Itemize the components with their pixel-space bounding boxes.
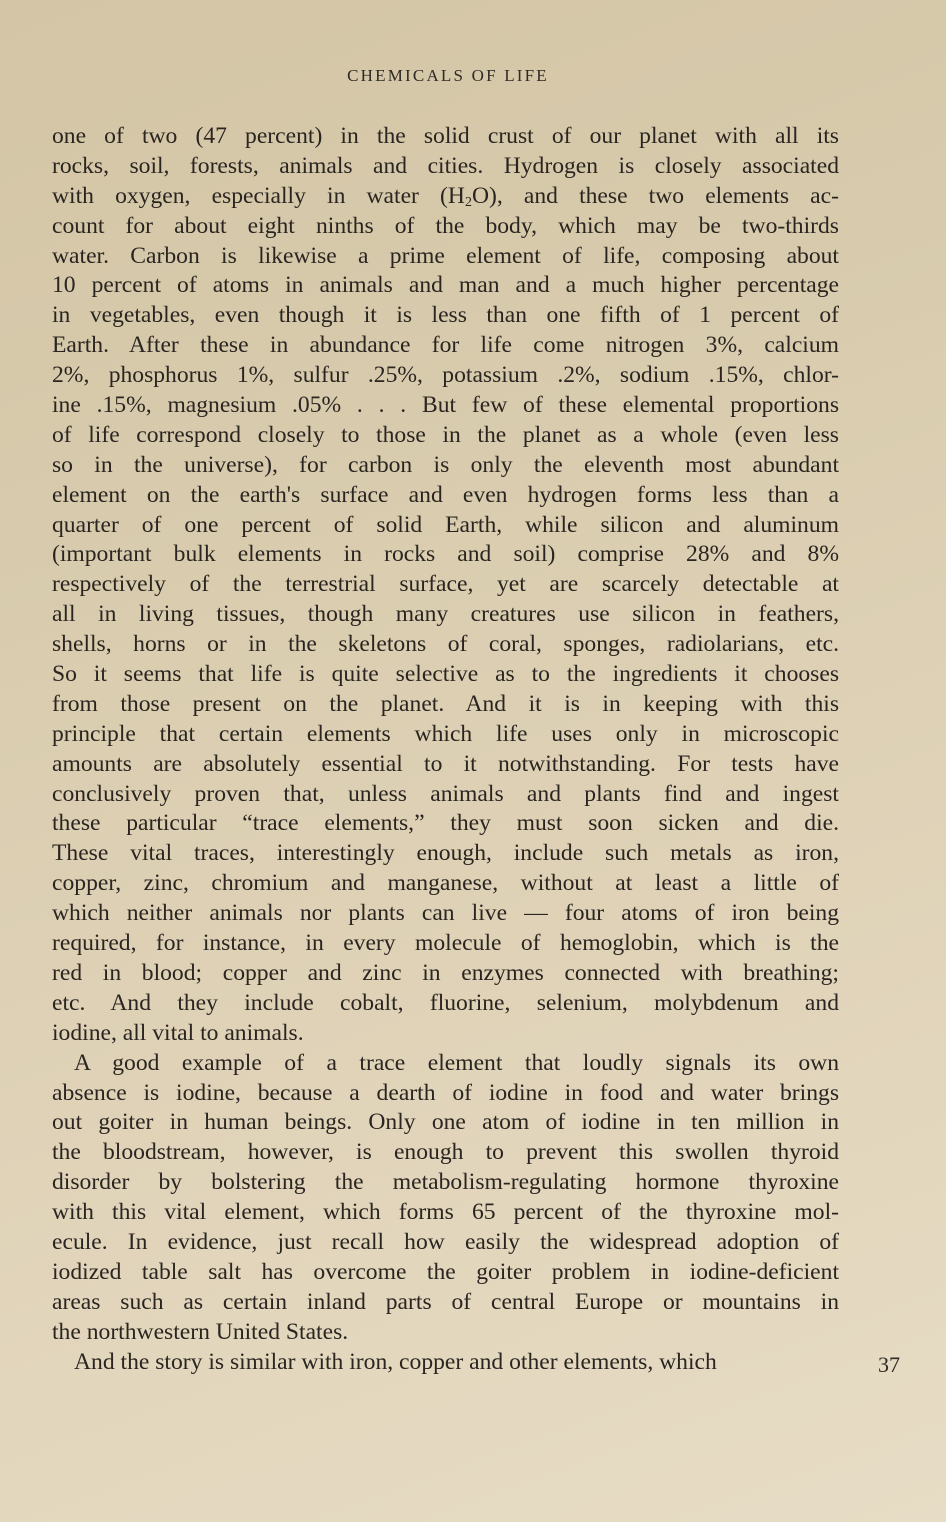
text-line: iodized table salt has overcome the goit…: [52, 1258, 839, 1288]
text-line: A good example of a trace element that l…: [52, 1049, 839, 1079]
text-line: water. Carbon is likewise a prime elemen…: [52, 242, 839, 272]
text-line: in vegetables, even though it is less th…: [52, 301, 839, 331]
text-line: from those present on the planet. And it…: [52, 690, 839, 720]
text-line: principle that certain elements which li…: [52, 720, 839, 750]
book-page: CHEMICALS OF LIFE one of two (47 percent…: [0, 0, 946, 1522]
text-line: red in blood; copper and zinc in enzymes…: [52, 959, 839, 989]
text-line: amounts are absolutely essential to it n…: [52, 750, 839, 780]
text-line: These vital traces, interestingly enough…: [52, 839, 839, 869]
text-segment: with oxygen, especially in water (H: [52, 183, 465, 209]
text-line: And the story is similar with iron, copp…: [52, 1348, 839, 1378]
text-line: with oxygen, especially in water (H2O), …: [52, 182, 839, 212]
running-head: CHEMICALS OF LIFE: [0, 66, 896, 86]
text-line: etc. And they include cobalt, fluorine, …: [52, 989, 839, 1019]
text-line: disorder by bolstering the metabolism-re…: [52, 1168, 839, 1198]
text-line: (important bulk elements in rocks and so…: [52, 540, 839, 570]
text-line: 2%, phosphorus 1%, sulfur .25%, potassiu…: [52, 361, 839, 391]
text-line: Earth. After these in abundance for life…: [52, 331, 839, 361]
text-line: shells, horns or in the skeletons of cor…: [52, 630, 839, 660]
text-line: quarter of one percent of solid Earth, w…: [52, 511, 839, 541]
text-line: of life correspond closely to those in t…: [52, 421, 839, 451]
text-line: with this vital element, which forms 65 …: [52, 1198, 839, 1228]
text-line: copper, zinc, chromium and manganese, wi…: [52, 869, 839, 899]
text-line: the bloodstream, however, is enough to p…: [52, 1138, 839, 1168]
text-line: out goiter in human beings. Only one ato…: [52, 1108, 839, 1138]
text-line: ine .15%, magnesium .05% . . . But few o…: [52, 391, 839, 421]
text-line: iodine, all vital to animals.: [52, 1019, 839, 1049]
text-line: element on the earth's surface and even …: [52, 481, 839, 511]
text-line: ecule. In evidence, just recall how easi…: [52, 1228, 839, 1258]
body-text: one of two (47 percent) in the solid cru…: [52, 122, 839, 1377]
text-line: which neither animals nor plants can liv…: [52, 899, 839, 929]
text-line: 10 percent of atoms in animals and man a…: [52, 271, 839, 301]
text-line: So it seems that life is quite selective…: [52, 660, 839, 690]
text-line: these particular “trace elements,” they …: [52, 809, 839, 839]
text-line: respectively of the terrestrial surface,…: [52, 570, 839, 600]
text-line: areas such as certain inland parts of ce…: [52, 1288, 839, 1318]
text-line: count for about eight ninths of the body…: [52, 212, 839, 242]
text-line: all in living tissues, though many creat…: [52, 600, 839, 630]
page-number: 37: [878, 1352, 900, 1378]
text-line: conclusively proven that, unless animals…: [52, 780, 839, 810]
text-line: so in the universe), for carbon is only …: [52, 451, 839, 481]
text-line: absence is iodine, because a dearth of i…: [52, 1079, 839, 1109]
text-line: required, for instance, in every molecul…: [52, 929, 839, 959]
text-line: rocks, soil, forests, animals and cities…: [52, 152, 839, 182]
text-line: the northwestern United States.: [52, 1318, 839, 1348]
text-segment: O), and these two elements ac-: [472, 183, 839, 209]
subscript: 2: [465, 195, 472, 210]
text-line: one of two (47 percent) in the solid cru…: [52, 122, 839, 152]
